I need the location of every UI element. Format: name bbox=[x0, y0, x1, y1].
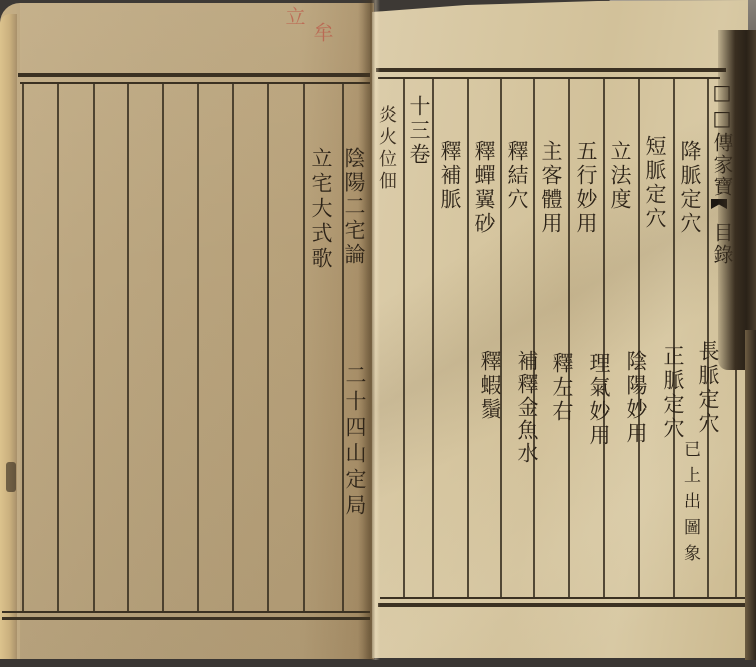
left-top-border-thick bbox=[18, 73, 370, 77]
right-column-rule bbox=[533, 77, 535, 597]
left-column-rule bbox=[232, 82, 234, 612]
left-column-rule bbox=[267, 82, 269, 612]
right-column-rule bbox=[500, 77, 502, 597]
right-column-rule bbox=[568, 77, 570, 597]
left-column-rule bbox=[57, 82, 59, 612]
toc-entry: 短脈定穴 bbox=[644, 135, 665, 231]
left-edge-mark bbox=[6, 462, 16, 492]
left-column-rule bbox=[197, 82, 199, 612]
toc-entry: 釋補脈 bbox=[439, 140, 460, 212]
left-column-rule bbox=[303, 82, 305, 612]
toc-entry: 降脈定穴 bbox=[679, 140, 700, 236]
margin-note: 炎火位佃 bbox=[377, 105, 395, 193]
toc-entry: 釋蝦鬚 bbox=[479, 350, 500, 422]
right-page-edge bbox=[745, 330, 756, 660]
left-column-rule bbox=[93, 82, 95, 612]
left-column-rule bbox=[127, 82, 129, 612]
toc-entry: 理氣妙用 bbox=[588, 352, 609, 448]
left-page-edge-stack bbox=[0, 14, 17, 659]
right-column-rule bbox=[603, 77, 605, 597]
toc-entry: 釋蟬翼砂 bbox=[473, 140, 494, 236]
toc-note: 已上出圖象 bbox=[681, 440, 698, 570]
page-fold-shadow bbox=[718, 30, 756, 370]
right-column-rule bbox=[673, 77, 675, 597]
toc-entry: 立法度 bbox=[609, 140, 630, 212]
right-column-rule bbox=[467, 77, 469, 597]
left-top-border-thin bbox=[20, 82, 370, 84]
right-top-border-thin bbox=[378, 77, 720, 79]
left-column-rule bbox=[22, 82, 24, 612]
volume-label: 十三卷 bbox=[408, 95, 429, 167]
right-column-rule bbox=[707, 77, 709, 597]
right-column-rule bbox=[638, 77, 640, 597]
toc-entry: 長脈定穴 bbox=[697, 340, 718, 436]
toc-entry: 主客體用 bbox=[540, 140, 561, 236]
toc-entry: 釋左右 bbox=[551, 352, 572, 424]
toc-entry: 立宅大式歌 bbox=[310, 147, 331, 272]
right-column-rule bbox=[403, 77, 405, 597]
left-bottom-border-thick bbox=[2, 617, 370, 620]
toc-entry: 陰陽妙用 bbox=[625, 350, 646, 446]
toc-entry: 補釋金魚水 bbox=[516, 350, 537, 465]
toc-entry: 釋結穴 bbox=[506, 140, 527, 212]
toc-entry: 正脈定穴 bbox=[662, 345, 683, 441]
right-bottom-border-thin bbox=[380, 597, 745, 599]
red-annotation-char: 牟 bbox=[312, 22, 332, 45]
right-top-border-thick bbox=[376, 68, 726, 72]
toc-entry: 五行妙用 bbox=[575, 140, 596, 236]
left-page-tone bbox=[20, 3, 370, 659]
book-spine-shadow bbox=[358, 0, 380, 660]
left-column-rule bbox=[162, 82, 164, 612]
red-annotation-char: 立 bbox=[284, 6, 304, 29]
right-bottom-border-thick bbox=[378, 603, 745, 607]
right-column-rule bbox=[432, 77, 434, 597]
